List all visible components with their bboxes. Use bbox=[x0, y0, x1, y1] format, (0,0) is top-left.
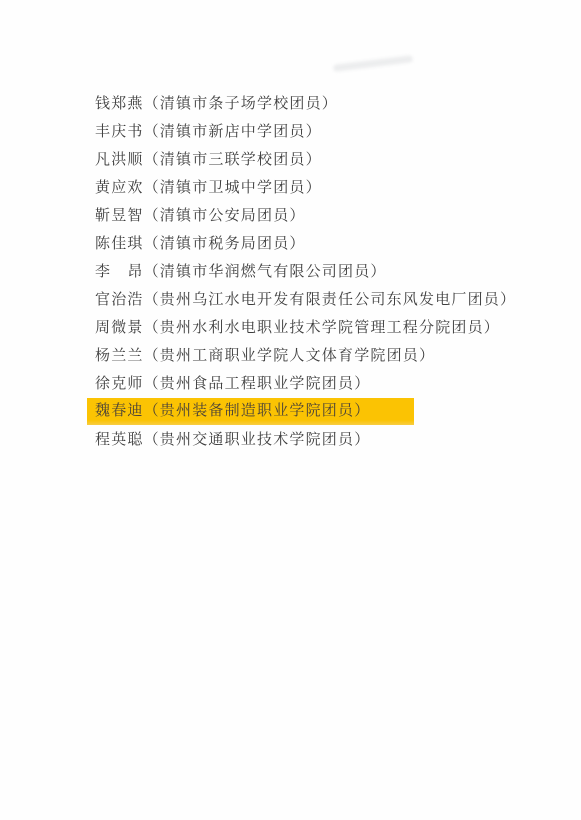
list-item-highlighted: 魏春迪（贵州装备制造职业学院团员） bbox=[95, 397, 555, 425]
list-item: 凡洪顺（清镇市三联学校团员） bbox=[95, 145, 555, 173]
member-entry-text: 徐克师（贵州食品工程职业学院团员） bbox=[95, 374, 370, 394]
list-item: 周微景（贵州水利水电职业技术学院管理工程分院团员） bbox=[95, 313, 555, 341]
member-entry-text-highlighted: 魏春迪（贵州装备制造职业学院团员） bbox=[87, 398, 414, 425]
member-entry-text: 丰庆书（清镇市新店中学团员） bbox=[95, 122, 322, 142]
list-item: 官治浩（贵州乌江水电开发有限责任公司东风发电厂团员） bbox=[95, 285, 555, 313]
member-entry-text: 凡洪顺（清镇市三联学校团员） bbox=[95, 150, 322, 170]
list-item: 丰庆书（清镇市新店中学团员） bbox=[95, 117, 555, 145]
member-entry-text: 李 昂（清镇市华润燃气有限公司团员） bbox=[95, 262, 387, 282]
member-entry-text: 靳昱智（清镇市公安局团员） bbox=[95, 206, 306, 226]
member-entry-text: 黄应欢（清镇市卫城中学团员） bbox=[95, 178, 322, 198]
list-item: 程英聪（贵州交通职业技术学院团员） bbox=[95, 425, 555, 453]
list-item: 徐克师（贵州食品工程职业学院团员） bbox=[95, 369, 555, 397]
member-entry-text: 官治浩（贵州乌江水电开发有限责任公司东风发电厂团员） bbox=[95, 290, 516, 310]
member-entry-text: 杨兰兰（贵州工商职业学院人文体育学院团员） bbox=[95, 346, 435, 366]
scan-artifact bbox=[333, 55, 413, 72]
document-page: 钱郑燕（清镇市条子场学校团员） 丰庆书（清镇市新店中学团员） 凡洪顺（清镇市三联… bbox=[0, 0, 581, 820]
member-entry-text: 周微景（贵州水利水电职业技术学院管理工程分院团员） bbox=[95, 318, 500, 338]
member-name-list: 钱郑燕（清镇市条子场学校团员） 丰庆书（清镇市新店中学团员） 凡洪顺（清镇市三联… bbox=[95, 89, 555, 453]
list-item: 黄应欢（清镇市卫城中学团员） bbox=[95, 173, 555, 201]
list-item: 陈佳琪（清镇市税务局团员） bbox=[95, 229, 555, 257]
list-item: 李 昂（清镇市华润燃气有限公司团员） bbox=[95, 257, 555, 285]
member-entry-text: 陈佳琪（清镇市税务局团员） bbox=[95, 234, 306, 254]
list-item: 钱郑燕（清镇市条子场学校团员） bbox=[95, 89, 555, 117]
member-entry-text: 程英聪（贵州交通职业技术学院团员） bbox=[95, 430, 370, 450]
member-entry-text: 钱郑燕（清镇市条子场学校团员） bbox=[95, 94, 338, 114]
list-item: 靳昱智（清镇市公安局团员） bbox=[95, 201, 555, 229]
list-item: 杨兰兰（贵州工商职业学院人文体育学院团员） bbox=[95, 341, 555, 369]
